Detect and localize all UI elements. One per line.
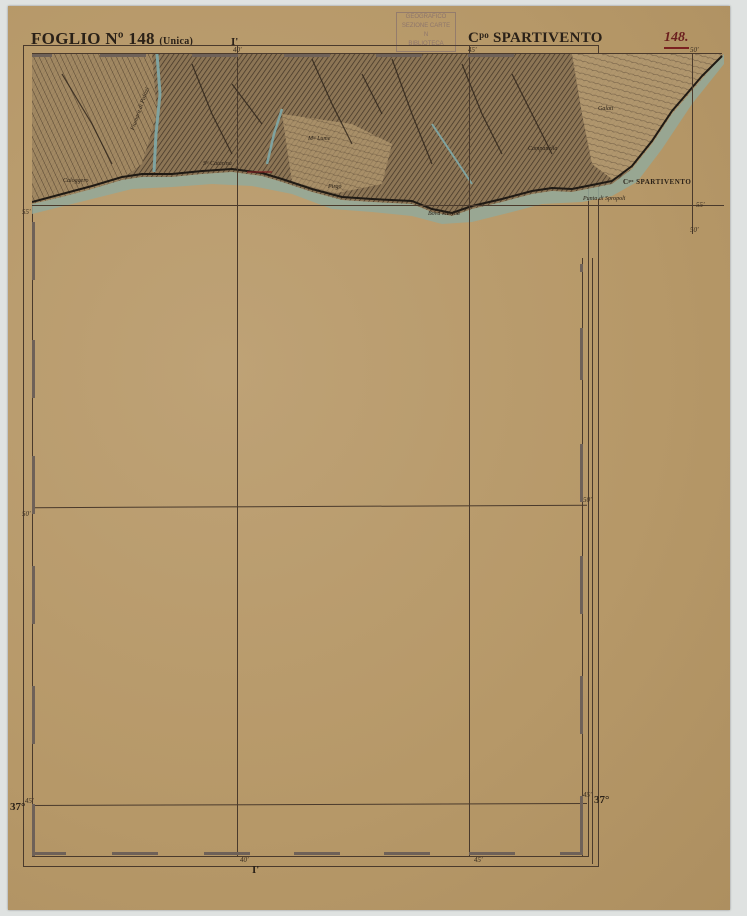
tick-top-50: 50' — [690, 46, 699, 54]
right-scale-bar — [580, 556, 583, 614]
left-scale-bar — [32, 566, 35, 624]
latitude-label-right: 37° — [594, 794, 609, 806]
left-scale-bar — [32, 222, 35, 280]
bottom-meridian-label: I' — [252, 864, 259, 876]
tick-right-50: 50' — [690, 226, 699, 234]
tick-left-50: 50' — [22, 510, 31, 518]
bottom-scale-bar — [294, 852, 340, 855]
meridian-50 — [692, 54, 693, 234]
tick-top-40: 40' — [233, 46, 242, 54]
bottom-scale-bar — [469, 852, 515, 855]
parallel-55 — [32, 205, 724, 206]
place-village: Bova Marina — [428, 211, 460, 217]
bottom-scale-bar — [34, 852, 66, 855]
top-scale-bar — [32, 54, 52, 57]
tick-right-55: 55' — [696, 201, 705, 209]
right-scale-bar — [580, 676, 583, 734]
left-scale-bar — [32, 686, 35, 744]
tick-left-45: 45' — [25, 797, 34, 805]
latitude-label-left: 37° — [10, 801, 25, 813]
bottom-scale-bar — [204, 852, 250, 855]
right-outer-border — [592, 258, 593, 864]
top-scale-bar — [284, 54, 330, 57]
place-village: Mᵗᵉ Lume — [308, 136, 330, 142]
right-scale-bar — [580, 264, 583, 272]
tick-bottom-45: 45' — [474, 856, 483, 864]
top-scale-bar — [100, 54, 146, 57]
place-village: Pirgò — [328, 184, 341, 190]
tick-bottom-40: 40' — [240, 856, 249, 864]
tick-left-55: 55' — [22, 208, 31, 216]
top-scale-bar — [468, 54, 514, 57]
place-cape-spartivento: Cᵖᵒ SPARTIVENTO — [623, 178, 691, 186]
right-scale-bar — [580, 796, 583, 854]
tick-right-45: 45' — [583, 791, 592, 799]
bottom-scale-bar — [560, 852, 583, 855]
left-scale-bar — [32, 804, 35, 856]
right-scale-bar — [580, 328, 583, 380]
place-village: Campanella — [528, 146, 557, 152]
meridian-45 — [469, 45, 470, 857]
stamp-line: SEZIONE CARTE — [397, 22, 455, 31]
bottom-scale-bar — [384, 852, 430, 855]
place-village: Sᵗᵉ Catarina — [203, 161, 232, 167]
meridian-40 — [237, 45, 238, 857]
left-scale-bar — [32, 340, 35, 398]
place-village: Galati — [598, 106, 613, 112]
top-scale-bar — [376, 54, 422, 57]
tick-right-50b: 50' — [583, 496, 592, 504]
map-sheet: FOGLIO Nº 148 (Unica) I' Cᵖᵒ SPARTIVENTO… — [8, 6, 730, 910]
place-punta: Punta di Spropoli — [583, 196, 625, 202]
stamp-line: GEOGRAFICO — [397, 13, 455, 22]
tick-top-45: 45' — [468, 46, 477, 54]
left-scale-bar — [32, 456, 35, 514]
right-scale-bar — [580, 444, 583, 502]
place-village: Caloggero — [63, 178, 88, 184]
stamp-line: N — [397, 31, 455, 40]
bottom-scale-bar — [112, 852, 158, 855]
top-scale-bar — [192, 54, 238, 57]
sheet-number: 148. — [664, 30, 689, 49]
